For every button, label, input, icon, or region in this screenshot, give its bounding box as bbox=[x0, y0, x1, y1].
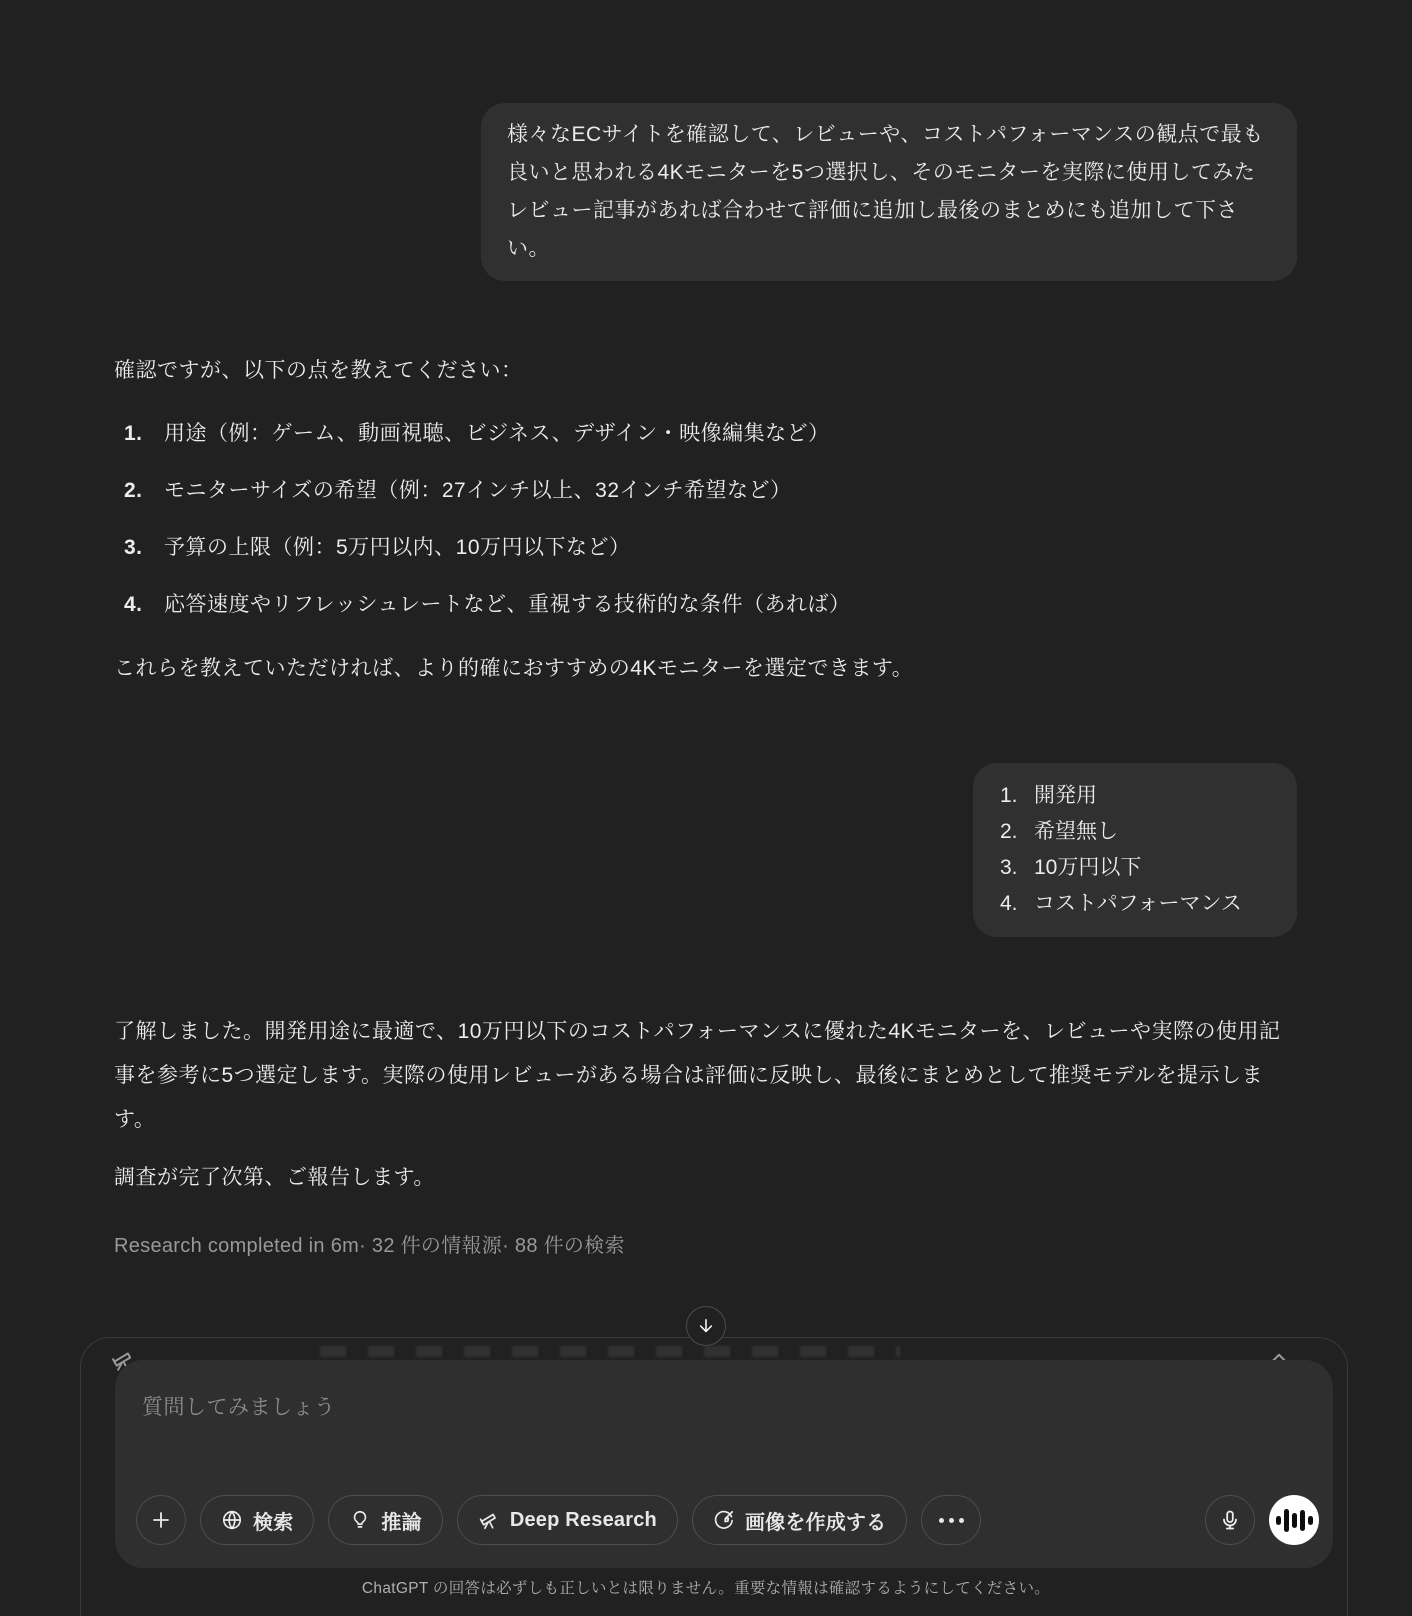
list-item: 3. 10万円以下 bbox=[1000, 850, 1270, 886]
deep-research-chip[interactable]: Deep Research bbox=[457, 1495, 678, 1545]
list-item: 2. 希望無し bbox=[1000, 814, 1270, 850]
list-text: 10万円以下 bbox=[1034, 850, 1141, 886]
research-status: Research completed in 6m· 32 件の情報源· 88 件… bbox=[114, 1229, 625, 1258]
composer: 質問してみましょう 検索 bbox=[115, 1360, 1333, 1568]
assistant-message: 確認ですが、以下の点を教えてください： 1. 用途（例：ゲーム、動画視聴、ビジネ… bbox=[114, 352, 1234, 688]
user-message-bubble: 様々なECサイトを確認して、レビューや、コストパフォーマンスの観点で最も良いと思… bbox=[481, 103, 1297, 281]
list-item: 4. 応答速度やリフレッシュレートなど、重視する技術的な条件（あれば） bbox=[114, 586, 1234, 624]
list-text: 開発用 bbox=[1034, 778, 1097, 814]
list-text: 用途（例：ゲーム、動画視聴、ビジネス、デザイン・映像編集など） bbox=[164, 415, 1234, 453]
occluded-text-remnant bbox=[320, 1346, 900, 1357]
assistant-intro-text: 確認ですが、以下の点を教えてください： bbox=[114, 352, 1234, 390]
list-text: 応答速度やリフレッシュレートなど、重視する技術的な条件（あれば） bbox=[164, 586, 1234, 624]
globe-icon bbox=[221, 1509, 243, 1531]
arrow-down-icon bbox=[696, 1316, 716, 1336]
reason-chip[interactable]: 推論 bbox=[328, 1495, 442, 1545]
assistant-outro-text: これらを教えていただければ、より的確におすすめの4Kモニターを選定できます。 bbox=[114, 650, 1234, 688]
list-number: 4. bbox=[114, 586, 164, 624]
list-text: コストパフォーマンス bbox=[1034, 886, 1242, 922]
create-image-chip-label: 画像を作成する bbox=[745, 1506, 886, 1535]
user-message-bubble: 1. 開発用 2. 希望無し 3. 10万円以下 4. コストパフォーマンス bbox=[973, 763, 1297, 937]
assistant-paragraph: 調査が完了次第、ご報告します。 bbox=[114, 1156, 1300, 1200]
mic-button[interactable] bbox=[1205, 1495, 1255, 1545]
voice-mode-button[interactable] bbox=[1269, 1495, 1319, 1545]
list-number: 2. bbox=[114, 472, 164, 510]
list-number: 3. bbox=[114, 529, 164, 567]
list-item: 3. 予算の上限（例：5万円以内、10万円以下など） bbox=[114, 529, 1234, 567]
plus-icon bbox=[149, 1508, 173, 1532]
ellipsis-icon bbox=[939, 1518, 964, 1523]
deep-research-chip-label: Deep Research bbox=[510, 1509, 657, 1532]
lightbulb-icon bbox=[349, 1509, 371, 1531]
list-item: 1. 用途（例：ゲーム、動画視聴、ビジネス、デザイン・映像編集など） bbox=[114, 415, 1234, 453]
footer-disclaimer: ChatGPT の回答は必ずしも正しいとは限りません。重要な情報は確認するように… bbox=[0, 1576, 1412, 1598]
waveform-icon bbox=[1276, 1509, 1313, 1532]
list-item: 4. コストパフォーマンス bbox=[1000, 886, 1270, 922]
assistant-message: 了解しました。開発用途に最適で、10万円以下のコストパフォーマンスに優れた4Kモ… bbox=[114, 1010, 1300, 1200]
microphone-icon bbox=[1218, 1508, 1242, 1532]
assistant-paragraph: 了解しました。開発用途に最適で、10万円以下のコストパフォーマンスに優れた4Kモ… bbox=[114, 1010, 1300, 1142]
list-item: 1. 開発用 bbox=[1000, 778, 1270, 814]
scroll-to-bottom-button[interactable] bbox=[686, 1306, 726, 1346]
list-text: モニターサイズの希望（例：27インチ以上、32インチ希望など） bbox=[164, 472, 1234, 510]
more-options-button[interactable] bbox=[921, 1495, 981, 1545]
list-number: 1. bbox=[114, 415, 164, 453]
create-image-icon bbox=[713, 1509, 735, 1531]
list-item: 2. モニターサイズの希望（例：27インチ以上、32インチ希望など） bbox=[114, 472, 1234, 510]
composer-input[interactable]: 質問してみましょう bbox=[142, 1391, 336, 1421]
list-text: 予算の上限（例：5万円以内、10万円以下など） bbox=[164, 529, 1234, 567]
list-number: 3. bbox=[1000, 850, 1034, 886]
list-text: 希望無し bbox=[1034, 814, 1118, 850]
reason-chip-label: 推論 bbox=[381, 1506, 421, 1535]
list-number: 1. bbox=[1000, 778, 1034, 814]
list-number: 2. bbox=[1000, 814, 1034, 850]
create-image-chip[interactable]: 画像を作成する bbox=[692, 1495, 907, 1545]
search-chip[interactable]: 検索 bbox=[200, 1495, 314, 1545]
telescope-icon bbox=[478, 1509, 500, 1531]
list-number: 4. bbox=[1000, 886, 1034, 922]
search-chip-label: 検索 bbox=[253, 1506, 293, 1535]
composer-toolbar: 検索 推論 Deep Research bbox=[136, 1495, 1319, 1545]
attach-button[interactable] bbox=[136, 1495, 186, 1545]
